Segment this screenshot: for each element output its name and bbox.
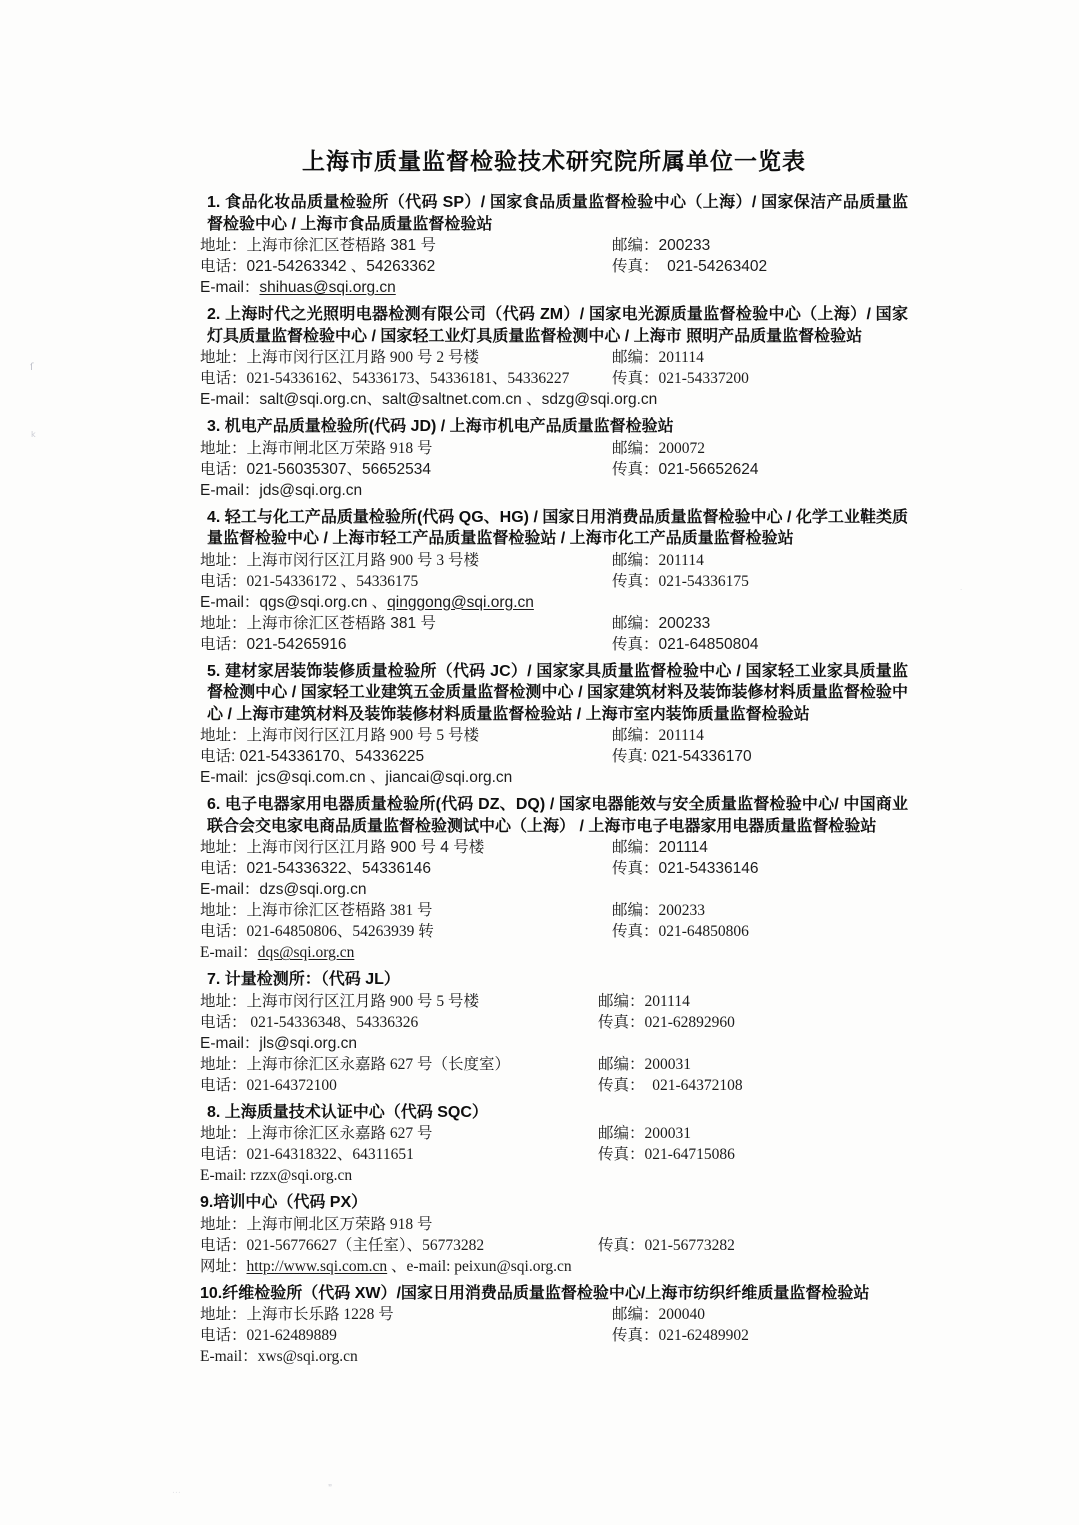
entry-row-right: 传真：021-62489902: [612, 1325, 749, 1346]
entry-row-right: 传真：021-64850806: [612, 921, 749, 942]
entry-heading: 10.纤维检验所（代码 XW）/国家日用消费品质量监督检验中心/上海市纺织纤维质…: [200, 1283, 908, 1305]
entry-row-left: 地址：上海市徐汇区苍梧路 381 号: [200, 613, 612, 634]
text-segment: E-mail：qgs@sqi.org.cn 、: [200, 594, 387, 611]
entry-row-left: 电话： 021-54336348、54336326: [200, 1012, 598, 1033]
entry-heading: 7. 计量检测所：（代码 JL）: [200, 969, 908, 991]
entry-row-left: 电话：021-64850806、54263939 转: [200, 921, 612, 942]
entry-row-left: E-mail：dqs@sqi.org.cn: [200, 942, 612, 963]
entry-row: E-mail：dqs@sqi.org.cn: [200, 942, 908, 963]
entry-row-left: 电话：021-62489889: [200, 1325, 612, 1346]
entry-row: E-mail：salt@sqi.org.cn、salt@saltnet.com.…: [200, 389, 908, 410]
entry-row-left: 网址：http://www.sqi.com.cn 、e-mail: peixun…: [200, 1256, 598, 1277]
entry-row-right: 传真: 021-54336170: [612, 746, 752, 767]
entry-row-left: 地址：上海市徐汇区永嘉路 627 号: [200, 1123, 598, 1144]
entry-row: E-mail：dzs@sqi.org.cn: [200, 879, 908, 900]
unit-entry: 5. 建材家居装饰装修质量检验所（代码 JC）/ 国家家具质量监督检验中心 / …: [200, 661, 908, 789]
entry-heading: 1. 食品化妆品质量检验所（代码 SP）/ 国家食品质量监督检验中心（上海）/ …: [200, 192, 908, 235]
text-segment: E-mail：: [200, 944, 258, 961]
entry-row-left: E-mail: jcs@sqi.com.cn 、jiancai@sqi.org.…: [200, 767, 612, 788]
entry-row-right: 邮编：201114: [612, 550, 704, 571]
entry-row: 地址：上海市闵行区江月路 900 号 5 号楼邮编：201114: [200, 725, 908, 746]
text-segment: 电话：021-56035307、56652534: [200, 461, 431, 478]
entry-row: 电话：021-64318322、64311651传真：021-64715086: [200, 1144, 908, 1165]
text-segment: 电话：021-64850806、54263939 转: [200, 923, 434, 940]
text-segment: 地址：上海市徐汇区苍梧路 381 号: [200, 237, 436, 254]
scan-artifact: k: [31, 430, 36, 439]
text-segment: 电话：021-54336322、54336146: [200, 860, 431, 877]
entry-row-right: 邮编：201114: [612, 725, 704, 746]
text-segment: 地址：上海市闵行区江月路 900 号 5 号楼: [200, 993, 479, 1010]
entry-row-left: E-mail：qgs@sqi.org.cn 、qinggong@sqi.org.…: [200, 592, 612, 613]
entry-row-right: 邮编：200233: [612, 613, 710, 634]
url-text: http://www.sqi.com.cn: [247, 1258, 388, 1275]
entry-row-right: 邮编：200031: [598, 1054, 691, 1075]
text-segment: 电话：021-62489889: [200, 1327, 337, 1344]
entry-heading: 6. 电子电器家用电器质量检验所(代码 DZ、DQ) / 国家电器能效与安全质量…: [200, 794, 908, 837]
entry-row-left: E-mail: rzzx@sqi.org.cn: [200, 1165, 598, 1186]
entry-row: 网址：http://www.sqi.com.cn 、e-mail: peixun…: [200, 1256, 908, 1277]
text-segment: 地址：上海市闵行区江月路 900 号 4 号楼: [200, 839, 484, 856]
text-segment: 地址：上海市徐汇区苍梧路 381 号: [200, 902, 433, 919]
entry-row: 电话： 021-54336348、54336326传真：021-62892960: [200, 1012, 908, 1033]
unit-entry: 3. 机电产品质量检验所(代码 JD) / 上海市机电产品质量监督检验站地址：上…: [200, 416, 908, 501]
text-segment: 电话：021-54336162、54336173、54336181、543362…: [200, 370, 569, 387]
text-segment: 电话：021-56776627（主任室）、56773282: [200, 1237, 484, 1254]
unit-entry: 6. 电子电器家用电器质量检验所(代码 DZ、DQ) / 国家电器能效与安全质量…: [200, 794, 908, 963]
entry-row: 电话：021-56035307、56652534传真：021-56652624: [200, 459, 908, 480]
entry-heading: 9.培训中心（代码 PX）: [200, 1192, 908, 1214]
entry-row-left: E-mail：xws@sqi.org.cn: [200, 1346, 612, 1367]
entry-row: 电话：021-62489889传真：021-62489902: [200, 1325, 908, 1346]
entry-row: E-mail：qgs@sqi.org.cn 、qinggong@sqi.org.…: [200, 592, 908, 613]
entry-row: 电话：021-54263342 、54263362传真： 021-5426340…: [200, 256, 908, 277]
entry-row: 电话: 021-54336170、54336225传真: 021-5433617…: [200, 746, 908, 767]
unit-list: 1. 食品化妆品质量检验所（代码 SP）/ 国家食品质量监督检验中心（上海）/ …: [200, 192, 908, 1367]
entry-row-right: 邮编：200233: [612, 900, 705, 921]
email-text: qinggong@sqi.org.cn: [387, 594, 534, 611]
entry-row-right: 传真：021-64715086: [598, 1144, 735, 1165]
entry-row: 电话：021-54336172 、54336175传真：021-54336175: [200, 571, 908, 592]
text-segment: 电话：021-64318322、64311651: [200, 1146, 414, 1163]
entry-heading: 8. 上海质量技术认证中心（代码 SQC）: [200, 1102, 908, 1124]
scan-artifact: ſ: [30, 362, 34, 373]
text-segment: 地址：上海市闵行区江月路 900 号 3 号楼: [200, 552, 479, 569]
text-segment: 地址：上海市闵行区江月路 900 号 5 号楼: [200, 727, 479, 744]
entry-row: 地址：上海市长乐路 1228 号邮编：200040: [200, 1304, 908, 1325]
text-segment: 电话：021-54263342 、54263362: [200, 258, 435, 275]
entry-row-right: 传真： 021-54263402: [612, 256, 767, 277]
entry-row-left: 地址：上海市闵行区江月路 900 号 3 号楼: [200, 550, 612, 571]
text-segment: 地址：上海市徐汇区苍梧路 381 号: [200, 615, 436, 632]
entry-row: 电话：021-64850806、54263939 转传真：021-6485080…: [200, 921, 908, 942]
text-segment: 地址：上海市闵行区江月路 900 号 2 号楼: [200, 349, 479, 366]
entry-row-right: 传真：021-64850804: [612, 634, 759, 655]
text-segment: E-mail：xws@sqi.org.cn: [200, 1348, 358, 1365]
entry-row-left: E-mail：salt@sqi.org.cn、salt@saltnet.com.…: [200, 389, 657, 410]
entry-row-right: 传真：021-56773282: [598, 1235, 735, 1256]
entry-heading: 4. 轻工与化工产品质量检验所(代码 QG、HG) / 国家日用消费品质量监督检…: [200, 507, 908, 550]
entry-row-left: 地址：上海市闵行区江月路 900 号 2 号楼: [200, 347, 612, 368]
entry-row: 地址：上海市闵行区江月路 900 号 2 号楼邮编：201114: [200, 347, 908, 368]
entry-row: 地址：上海市闸北区万荣路 918 号: [200, 1214, 908, 1235]
text-segment: 地址：上海市徐汇区永嘉路 627 号（长度室）: [200, 1056, 510, 1073]
entry-row-left: E-mail：dzs@sqi.org.cn: [200, 879, 612, 900]
entry-row-left: 电话：021-56776627（主任室）、56773282: [200, 1235, 598, 1256]
entry-row-left: 电话：021-54336162、54336173、54336181、543362…: [200, 368, 612, 389]
unit-entry: 4. 轻工与化工产品质量检验所(代码 QG、HG) / 国家日用消费品质量监督检…: [200, 507, 908, 655]
entry-row: E-mail：jls@sqi.org.cn: [200, 1033, 908, 1054]
text-segment: E-mail：: [200, 279, 259, 296]
entry-row-left: E-mail：jls@sqi.org.cn: [200, 1033, 598, 1054]
text-segment: 网址：: [200, 1258, 247, 1275]
entry-row-right: 传真：021-56652624: [612, 459, 759, 480]
text-segment: 地址：上海市闸北区万荣路 918 号: [200, 1216, 433, 1233]
page-title: 上海市质量监督检验技术研究院所属单位一览表: [200, 146, 908, 176]
text-segment: 电话：021-54336172 、54336175: [200, 573, 418, 590]
scan-artifact: ·: [960, 586, 962, 594]
entry-row-left: 地址：上海市闸北区万荣路 918 号: [200, 1214, 598, 1235]
entry-row: 电话：021-54336322、54336146传真：021-54336146: [200, 858, 908, 879]
entry-row: 地址：上海市徐汇区永嘉路 627 号（长度室）邮编：200031: [200, 1054, 908, 1075]
entry-row-left: 地址：上海市闸北区万荣路 918 号: [200, 438, 612, 459]
entry-heading: 5. 建材家居装饰装修质量检验所（代码 JC）/ 国家家具质量监督检验中心 / …: [200, 661, 908, 726]
entry-row-left: 电话：021-64372100: [200, 1075, 598, 1096]
entry-row: 地址：上海市闵行区江月路 900 号 3 号楼邮编：201114: [200, 550, 908, 571]
entry-row: 地址：上海市闵行区江月路 900 号 5 号楼邮编：201114: [200, 991, 908, 1012]
entry-heading: 3. 机电产品质量检验所(代码 JD) / 上海市机电产品质量监督检验站: [200, 416, 908, 438]
entry-row: E-mail: jcs@sqi.com.cn 、jiancai@sqi.org.…: [200, 767, 908, 788]
entry-row-left: 地址：上海市徐汇区永嘉路 627 号（长度室）: [200, 1054, 598, 1075]
entry-row-right: 邮编：200040: [612, 1304, 705, 1325]
entry-row: 地址：上海市徐汇区苍梧路 381 号邮编：200233: [200, 900, 908, 921]
text-segment: E-mail：jls@sqi.org.cn: [200, 1035, 357, 1052]
entry-row-right: 邮编：200072: [612, 438, 705, 459]
document-content: 上海市质量监督检验技术研究院所属单位一览表 1. 食品化妆品质量检验所（代码 S…: [200, 146, 908, 1373]
entry-heading: 2. 上海时代之光照明电器检测有限公司（代码 ZM）/ 国家电光源质量监督检验中…: [200, 304, 908, 347]
text-segment: E-mail: jcs@sqi.com.cn 、jiancai@sqi.org.…: [200, 769, 512, 786]
entry-row-left: E-mail：jds@sqi.org.cn: [200, 480, 612, 501]
entry-row-right: 邮编：200233: [612, 235, 710, 256]
entry-row-left: E-mail：shihuas@sqi.org.cn: [200, 277, 612, 298]
entry-row-left: 地址：上海市徐汇区苍梧路 381 号: [200, 900, 612, 921]
email-text: dqs@sqi.org.cn: [258, 944, 355, 961]
entry-row: 电话：021-56776627（主任室）、56773282传真：021-5677…: [200, 1235, 908, 1256]
entry-row: E-mail: rzzx@sqi.org.cn: [200, 1165, 908, 1186]
text-segment: 地址：上海市长乐路 1228 号: [200, 1306, 394, 1323]
entry-row: E-mail：xws@sqi.org.cn: [200, 1346, 908, 1367]
scanned-document-page: 上海市质量监督检验技术研究院所属单位一览表 1. 食品化妆品质量检验所（代码 S…: [0, 0, 1079, 1525]
unit-entry: 7. 计量检测所：（代码 JL）地址：上海市闵行区江月路 900 号 5 号楼邮…: [200, 969, 908, 1096]
unit-entry: 10.纤维检验所（代码 XW）/国家日用消费品质量监督检验中心/上海市纺织纤维质…: [200, 1283, 908, 1368]
scan-artifact: .‥: [172, 1486, 181, 1496]
email-text: shihuas@sqi.org.cn: [259, 279, 395, 296]
entry-row-right: 传真：021-54336146: [612, 858, 759, 879]
text-segment: E-mail：jds@sqi.org.cn: [200, 482, 362, 499]
entry-row-left: 地址：上海市闵行区江月路 900 号 4 号楼: [200, 837, 612, 858]
text-segment: 电话：021-64372100: [200, 1077, 337, 1094]
text-segment: 电话：021-54265916: [200, 636, 347, 653]
text-segment: E-mail: rzzx@sqi.org.cn: [200, 1167, 352, 1184]
entry-row: 地址：上海市徐汇区苍梧路 381 号邮编：200233: [200, 613, 908, 634]
entry-row-left: 电话：021-56035307、56652534: [200, 459, 612, 480]
entry-row: 地址：上海市徐汇区苍梧路 381 号邮编：200233: [200, 235, 908, 256]
entry-row: E-mail：shihuas@sqi.org.cn: [200, 277, 908, 298]
scan-artifact: ❞: [328, 1483, 332, 1492]
entry-row: 电话：021-64372100传真： 021-64372108: [200, 1075, 908, 1096]
entry-row: 电话：021-54336162、54336173、54336181、543362…: [200, 368, 908, 389]
unit-entry: 9.培训中心（代码 PX）地址：上海市闸北区万荣路 918 号电话：021-56…: [200, 1192, 908, 1277]
unit-entry: 2. 上海时代之光照明电器检测有限公司（代码 ZM）/ 国家电光源质量监督检验中…: [200, 304, 908, 410]
entry-row-left: 地址：上海市闵行区江月路 900 号 5 号楼: [200, 725, 612, 746]
entry-row-right: 传真：021-54337200: [612, 368, 749, 389]
entry-row: 电话：021-54265916传真：021-64850804: [200, 634, 908, 655]
text-segment: E-mail：salt@sqi.org.cn、salt@saltnet.com.…: [200, 391, 657, 408]
entry-row: E-mail：jds@sqi.org.cn: [200, 480, 908, 501]
entry-row-left: 电话：021-54336172 、54336175: [200, 571, 612, 592]
entry-row-left: 电话：021-54336322、54336146: [200, 858, 612, 879]
entry-row-left: 地址：上海市闵行区江月路 900 号 5 号楼: [200, 991, 598, 1012]
entry-row-right: 邮编：201114: [612, 837, 708, 858]
entry-row-right: 邮编：200031: [598, 1123, 691, 1144]
text-segment: 地址：上海市徐汇区永嘉路 627 号: [200, 1125, 433, 1142]
entry-row: 地址：上海市徐汇区永嘉路 627 号邮编：200031: [200, 1123, 908, 1144]
entry-row-left: 地址：上海市徐汇区苍梧路 381 号: [200, 235, 612, 256]
text-segment: 、e-mail: peixun@sqi.org.cn: [387, 1258, 571, 1275]
entry-row-right: 邮编：201114: [612, 347, 704, 368]
text-segment: E-mail：dzs@sqi.org.cn: [200, 881, 366, 898]
entry-row-right: 传真： 021-64372108: [598, 1075, 743, 1096]
text-segment: 地址：上海市闸北区万荣路 918 号: [200, 440, 433, 457]
entry-row: 地址：上海市闸北区万荣路 918 号邮编：200072: [200, 438, 908, 459]
text-segment: 电话: 021-54336170、54336225: [200, 748, 424, 765]
text-segment: 电话： 021-54336348、54336326: [200, 1014, 418, 1031]
entry-row-left: 电话: 021-54336170、54336225: [200, 746, 612, 767]
entry-row-right: 传真：021-62892960: [598, 1012, 735, 1033]
entry-row-left: 地址：上海市长乐路 1228 号: [200, 1304, 612, 1325]
unit-entry: 1. 食品化妆品质量检验所（代码 SP）/ 国家食品质量监督检验中心（上海）/ …: [200, 192, 908, 298]
unit-entry: 8. 上海质量技术认证中心（代码 SQC）地址：上海市徐汇区永嘉路 627 号邮…: [200, 1102, 908, 1187]
entry-row-left: 电话：021-54263342 、54263362: [200, 256, 612, 277]
entry-row-left: 电话：021-54265916: [200, 634, 612, 655]
entry-row-right: 传真：021-54336175: [612, 571, 749, 592]
entry-row-right: 邮编：201114: [598, 991, 690, 1012]
entry-row-left: 电话：021-64318322、64311651: [200, 1144, 598, 1165]
entry-row: 地址：上海市闵行区江月路 900 号 4 号楼邮编：201114: [200, 837, 908, 858]
